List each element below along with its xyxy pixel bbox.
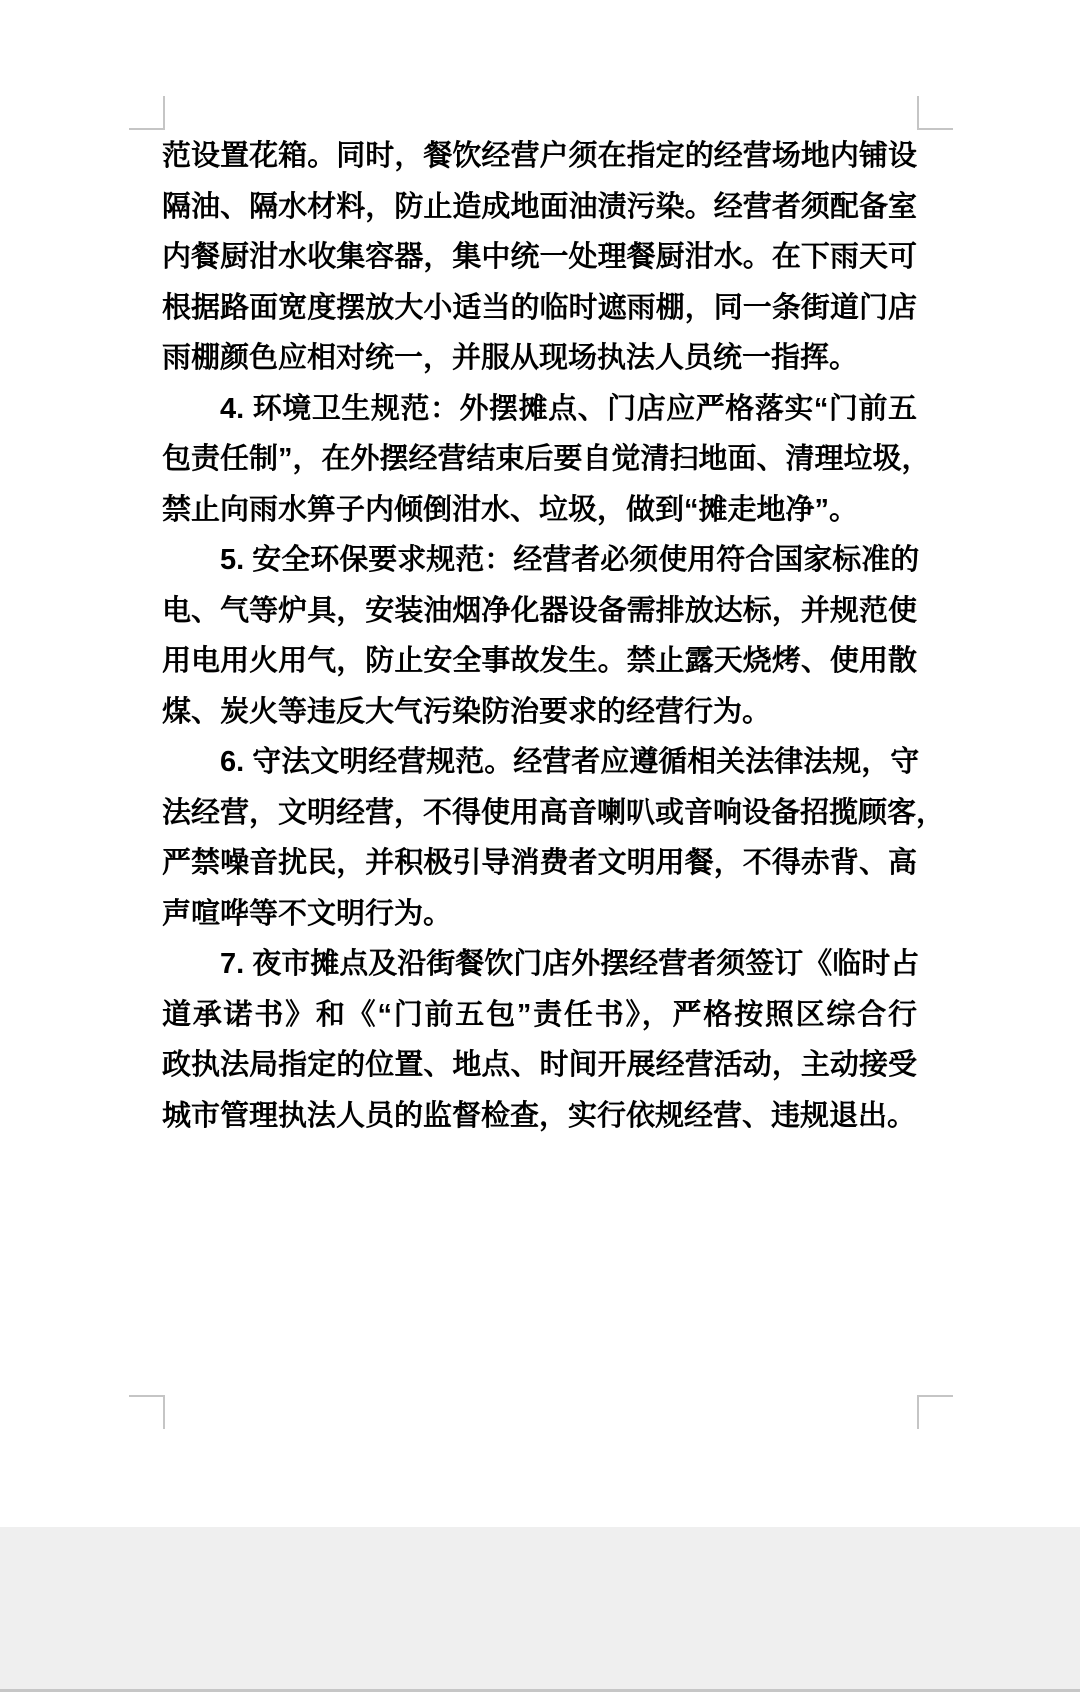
text-line: 内餐厨泔水收集容器，集中统一处理餐厨泔水。在下雨天可	[162, 232, 917, 283]
text-line: 4. 环境卫生规范：外摆摊点、门店应严格落实“门前五	[162, 384, 917, 435]
text-line: 禁止向雨水箅子内倾倒泔水、垃圾，做到“摊走地净”。	[162, 485, 917, 536]
app-background	[0, 1527, 1080, 1692]
text-line: 声喧哗等不文明行为。	[162, 889, 917, 940]
text-line: 电、气等炉具，安装油烟净化器设备需排放达标，并规范使	[162, 586, 917, 637]
text-line: 煤、炭火等违反大气污染防治要求的经营行为。	[162, 687, 917, 738]
text-boundary-mark-bottom-right	[917, 1395, 953, 1429]
text-line: 包责任制”，在外摆经营结束后要自觉清扫地面、清理垃圾，	[162, 434, 917, 485]
text-boundary-mark-bottom-left	[129, 1395, 165, 1429]
text-line: 根据路面宽度摆放大小适当的临时遮雨棚，同一条街道门店	[162, 283, 917, 334]
text-line: 范设置花箱。同时，餐饮经营户须在指定的经营场地内铺设	[162, 131, 917, 182]
document-text-body: 范设置花箱。同时，餐饮经营户须在指定的经营场地内铺设隔油、隔水材料，防止造成地面…	[162, 131, 917, 1141]
document-page: 范设置花箱。同时，餐饮经营户须在指定的经营场地内铺设隔油、隔水材料，防止造成地面…	[0, 0, 1080, 1527]
text-line: 用电用火用气，防止安全事故发生。禁止露天烧烤、使用散	[162, 636, 917, 687]
text-line: 隔油、隔水材料，防止造成地面油渍污染。经营者须配备室	[162, 182, 917, 233]
text-line: 城市管理执法人员的监督检查，实行依规经营、违规退出。	[162, 1091, 917, 1142]
text-line: 法经营，文明经营，不得使用高音喇叭或音响设备招揽顾客，	[162, 788, 917, 839]
text-boundary-mark-top-right	[917, 96, 953, 130]
text-boundary-mark-top-left	[129, 96, 165, 130]
text-line: 严禁噪音扰民，并积极引导消费者文明用餐，不得赤背、高	[162, 838, 917, 889]
text-line: 道承诺书》和《“门前五包”责任书》，严格按照区综合行	[162, 990, 917, 1041]
text-line: 政执法局指定的位置、地点、时间开展经营活动，主动接受	[162, 1040, 917, 1091]
text-line: 7. 夜市摊点及沿街餐饮门店外摆经营者须签订《临时占	[162, 939, 917, 990]
text-line: 5. 安全环保要求规范：经营者必须使用符合国家标准的	[162, 535, 917, 586]
text-line: 雨棚颜色应相对统一，并服从现场执法人员统一指挥。	[162, 333, 917, 384]
text-line: 6. 守法文明经营规范。经营者应遵循相关法律法规，守	[162, 737, 917, 788]
